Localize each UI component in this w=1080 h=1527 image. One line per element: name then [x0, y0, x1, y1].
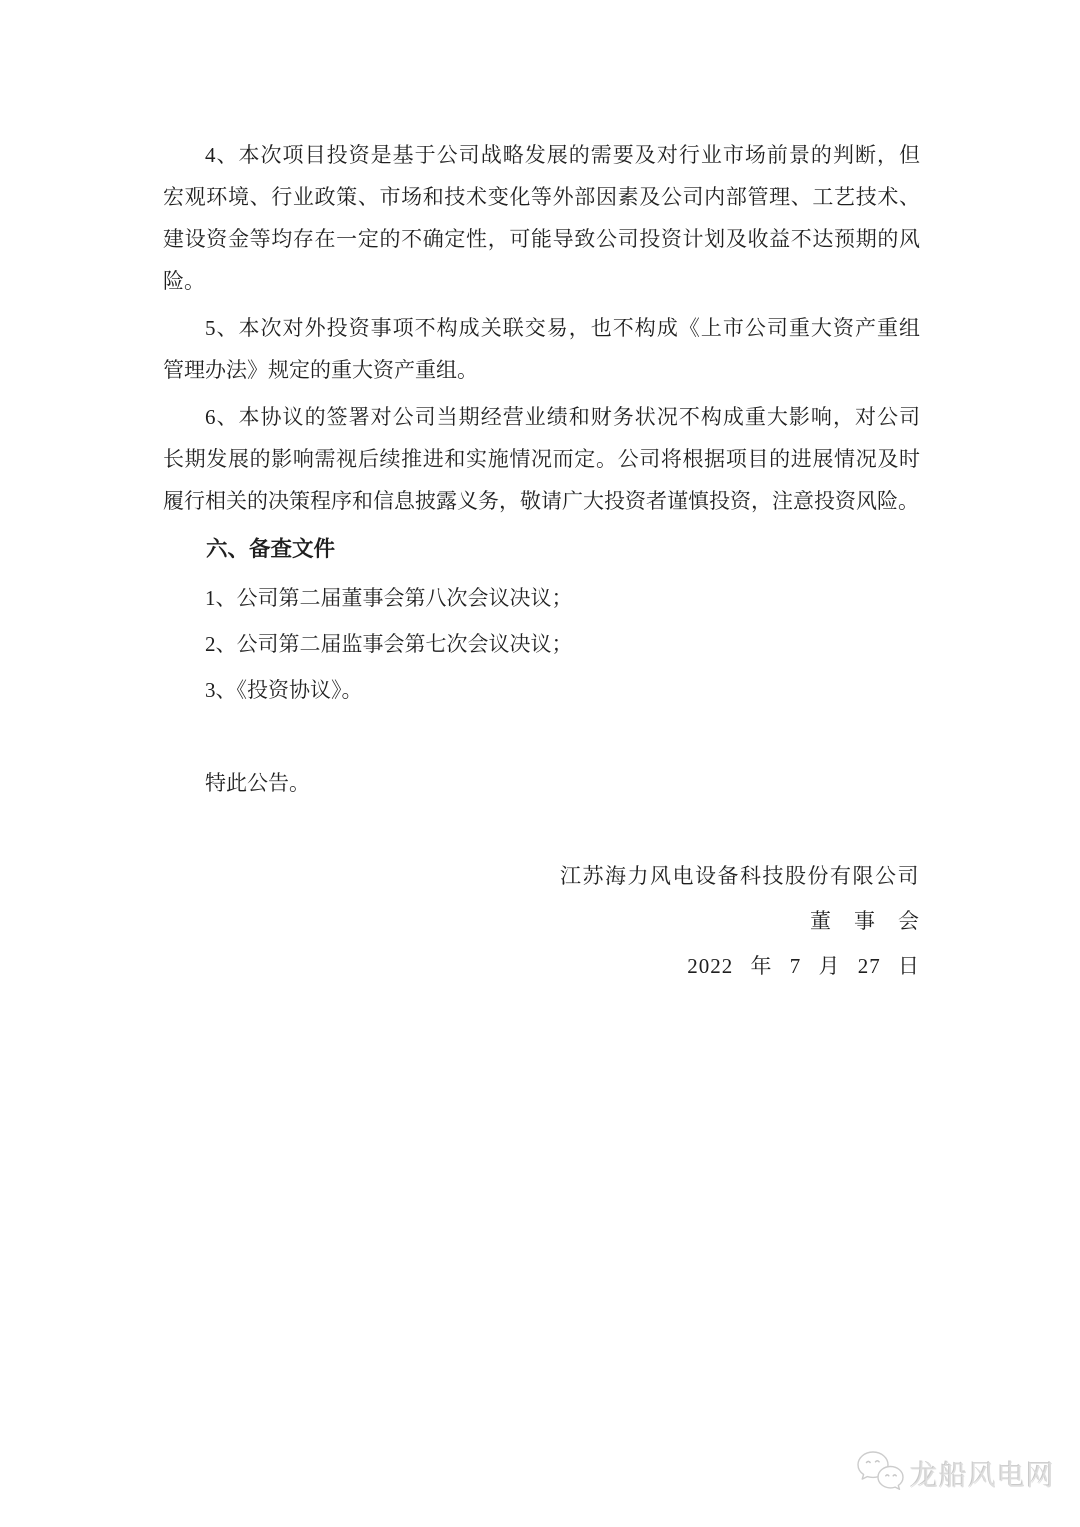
paragraph-4-line-3: 建设资金等均存在一定的不确定性，可能导致公司投资计划及收益不达预期的风 — [163, 218, 920, 260]
paragraph-5-line-2: 管理办法》规定的重大资产重组。 — [163, 349, 920, 391]
paragraph-5: 5、本次对外投资事项不构成关联交易，也不构成《上市公司重大资产重组 管理办法》规… — [163, 307, 920, 391]
watermark: 龙船风电网 — [855, 1450, 1055, 1498]
signature-date: 2022 年 7 月 27 日 — [163, 945, 920, 987]
list-item-board-resolution: 1、公司第二届董事会第八次会议决议； — [163, 577, 920, 619]
paragraph-4: 4、本次项目投资是基于公司战略发展的需要及对行业市场前景的判断，但 宏观环境、行… — [163, 134, 920, 302]
document-page: 4、本次项目投资是基于公司战略发展的需要及对行业市场前景的判断，但 宏观环境、行… — [0, 0, 1080, 1527]
watermark-text: 龙船风电网 — [910, 1454, 1055, 1494]
list-item-investment-agreement: 3、《投资协议》。 — [163, 669, 920, 711]
paragraph-6-line-1: 6、本协议的签署对公司当期经营业绩和财务状况不构成重大影响，对公司 — [163, 396, 920, 438]
paragraph-5-line-1: 5、本次对外投资事项不构成关联交易，也不构成《上市公司重大资产重组 — [163, 307, 920, 349]
paragraph-6-line-3: 履行相关的决策程序和信息披露义务，敬请广大投资者谨慎投资，注意投资风险。 — [163, 480, 920, 522]
wechat-chat-bubbles-icon — [855, 1450, 905, 1498]
board-of-directors: 董 事 会 — [163, 900, 920, 942]
paragraph-6-line-2: 长期发展的影响需视后续推进和实施情况而定。公司将根据项目的进展情况及时 — [163, 438, 920, 480]
announcement-body: 4、本次项目投资是基于公司战略发展的需要及对行业市场前景的判断，但 宏观环境、行… — [163, 134, 920, 990]
paragraph-4-line-2: 宏观环境、行业政策、市场和技术变化等外部因素及公司内部管理、工艺技术、 — [163, 176, 920, 218]
section-heading-reference-documents: 六、备查文件 — [163, 528, 920, 570]
list-item-supervisory-resolution: 2、公司第二届监事会第七次会议决议； — [163, 623, 920, 665]
paragraph-4-line-1: 4、本次项目投资是基于公司战略发展的需要及对行业市场前景的判断，但 — [163, 134, 920, 176]
company-name: 江苏海力风电设备科技股份有限公司 — [163, 855, 920, 897]
closing-statement: 特此公告。 — [163, 762, 920, 804]
signature-block: 江苏海力风电设备科技股份有限公司 董 事 会 2022 年 7 月 27 日 — [163, 855, 920, 987]
paragraph-4-line-4: 险。 — [163, 260, 920, 302]
paragraph-6: 6、本协议的签署对公司当期经营业绩和财务状况不构成重大影响，对公司 长期发展的影… — [163, 396, 920, 522]
